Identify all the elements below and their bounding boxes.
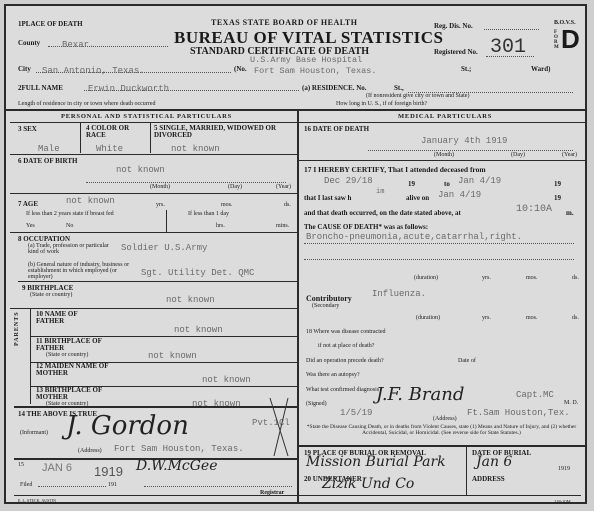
m-label: m. (566, 209, 574, 217)
dob-label: 6 DATE OF BIRTH (18, 157, 77, 165)
attended-from: Dec 29/18 (324, 176, 373, 186)
personal-section-title: PERSONAL AND STATISTICAL PARTICULARS (61, 113, 232, 120)
full-name-field: Erwin Duckworth (84, 78, 299, 91)
city-label: City (18, 65, 31, 73)
day-caption: (Day) (228, 184, 242, 190)
occ-a-label: (a) Trade, profession or particular kind… (28, 243, 118, 255)
filed-stamp-year: 1919 (94, 464, 123, 479)
pronoun: im (376, 188, 384, 196)
printer-imprint: E. L. STECK, AUSTIN (18, 498, 56, 503)
county-label: County (18, 39, 40, 47)
signed-label: (Signed) (306, 401, 327, 407)
occupation-label: 8 OCCUPATION (18, 235, 70, 243)
father-label: 10 NAME OF FATHER (36, 311, 96, 325)
burial-place: Mission Burial Park (306, 454, 446, 470)
father-birthplace-value: not known (148, 351, 197, 361)
form-letter: D (561, 24, 580, 55)
hrs-label: hrs. (216, 223, 225, 229)
md-label: M. D. (564, 400, 578, 406)
footnote: *State the Disease Causing Death, or in … (304, 424, 579, 436)
burial-year: 1919 (558, 466, 570, 472)
duration-label-1: (duration) (414, 275, 438, 281)
attended-to: Jan 4/19 (458, 176, 501, 186)
nineteen-2: 19 (554, 180, 561, 188)
race-value: White (96, 144, 123, 154)
cause-value: Broncho-pneumonia,acute,catarrhal,right. (306, 232, 522, 242)
sex-value: Male (38, 144, 60, 154)
date-of-label: Date of (458, 358, 476, 364)
birthplace-label: 9 BIRTHPLACE (22, 284, 73, 292)
residence-label: (a) RESIDENCE. No. (302, 84, 367, 92)
mother-label: 12 MAIDEN NAME OF MOTHER (36, 363, 116, 377)
duration-mos-2: mos. (526, 315, 538, 321)
death-time: 10:10A (516, 204, 552, 215)
breast-fed-label: If less than 2 years state if breast fed (26, 211, 114, 217)
dod-month-caption: (Month) (434, 152, 454, 158)
nineteen-1: 19 (408, 180, 415, 188)
father-birthplace-label: 11 BIRTHPLACE OF FATHER (36, 338, 106, 352)
age-label: 7 AGE (18, 200, 38, 208)
no-label: (No. (234, 65, 247, 73)
registered-number: 301 (490, 36, 526, 59)
month-caption: (Month) (150, 184, 170, 190)
last-saw-label: that I last saw h (304, 194, 351, 202)
father-bp-note: (State or country) (46, 352, 88, 358)
yes-label: Yes (26, 223, 35, 229)
undertaker-value: Zizik Und Co (322, 476, 414, 492)
alive-on-label: alive on (406, 194, 429, 202)
filed-year: 191 (108, 482, 117, 488)
board-title: TEXAS STATE BOARD OF HEALTH (211, 18, 357, 27)
birthplace-note: (State or country) (30, 292, 72, 298)
mins-label: mins. (276, 223, 289, 229)
certify-label: 17 I HEREBY CERTIFY, That I attended dec… (304, 165, 486, 174)
registered-field: 301 (486, 36, 534, 57)
length-residence-label: Length of residence in city or town wher… (18, 101, 155, 107)
filed-label: Filed (20, 482, 32, 488)
dob-field (86, 176, 286, 183)
duration-yrs-1: yrs. (482, 275, 491, 281)
nonresident-note: (If nonresident give city or town and St… (366, 93, 469, 99)
informant-signature: J. Gordon (66, 411, 189, 441)
undertaker-address-label: ADDRESS (472, 475, 505, 483)
institution-line2: Fort Sam Houston, Texas. (254, 66, 376, 76)
reg-dis-field (484, 20, 539, 30)
institution-line1: U.S.Army Base Hospital (250, 55, 362, 65)
age-yrs: yrs. (156, 202, 165, 208)
informant-label: (Informant) (20, 430, 48, 436)
contracted-label: 18 Where was disease contracted (306, 329, 386, 335)
to-label: to (444, 180, 450, 188)
father-value: not known (174, 325, 223, 335)
physician-address: Ft.Sam Houston,Tex. (467, 408, 570, 418)
occ-a-value: Soldier U.S.Army (121, 243, 207, 253)
race-label: 4 COLOR OR RACE (86, 125, 146, 139)
residence-st-label: St., (394, 84, 404, 92)
autopsy-label: Was there an autopsy? (306, 372, 360, 378)
reg-dis-label: Reg. Dis. No. (434, 22, 473, 30)
bureau-title: BUREAU OF VITAL STATISTICS (174, 28, 444, 48)
not-at-place-label: if not at place of death? (318, 343, 374, 349)
dod-value: January 4th 1919 (421, 136, 507, 146)
full-name-label: 2FULL NAME (18, 84, 63, 92)
duration-label-2: (duration) (416, 315, 440, 321)
duration-yrs-2: yrs. (482, 315, 491, 321)
dod-year-caption: (Year) (562, 152, 577, 158)
contributory-value: Influenza. (372, 289, 426, 299)
informant-address-label: (Address) (78, 448, 102, 454)
occ-b-label: (b) General nature of industry, business… (28, 262, 138, 280)
form-label: FORM (554, 30, 559, 50)
foreign-birth-label: How long in U. S., if of foreign birth? (336, 101, 427, 107)
residence-field (408, 84, 573, 93)
registrar-signature: D.W.McGee (136, 458, 218, 474)
age-ds: ds. (284, 202, 291, 208)
death-certificate: 1PLACE OF DEATH TEXAS STATE BOARD OF HEA… (4, 4, 587, 504)
parents-label: PARENTS (14, 311, 20, 346)
contributory-label: Contributory (306, 294, 352, 303)
burial-date: Jan 6 (476, 454, 512, 470)
test-label: What test confirmed diagnosis? (306, 387, 382, 393)
dob-value: not known (116, 165, 165, 175)
registered-label: Registered No. (434, 48, 478, 56)
cross-mark-icon (268, 398, 290, 458)
no-label: No (66, 223, 73, 229)
secondary-label: (Secondary (312, 303, 339, 309)
nineteen-3: 19 (554, 194, 561, 202)
sex-label: 3 SEX (18, 125, 37, 133)
st-label: St.; (461, 65, 471, 73)
physician-rank: Capt.MC (516, 390, 554, 400)
year-caption: (Year) (276, 184, 291, 190)
operation-label: Did an operation precede death? (306, 358, 384, 364)
duration-mos-1: mos. (526, 275, 538, 281)
cause-label: The CAUSE OF DEATH* was as follows: (304, 223, 428, 231)
mother-value: not known (202, 375, 251, 385)
marital-label: 5 SINGLE, MARRIED, WIDOWED OR DIVORCED (154, 125, 294, 139)
filed-number: 15 (18, 462, 24, 468)
informant-address: Fort Sam Houston, Texas. (114, 444, 244, 454)
age-value: not known (66, 196, 115, 206)
less-day-label: If less than 1 day (188, 211, 229, 217)
signed-date: 1/5/19 (340, 408, 372, 418)
occ-b-value: Sgt. Utility Det. QMC (141, 268, 254, 278)
physician-address-label: (Address) (433, 416, 457, 422)
physician-signature: J.F. Brand (376, 384, 464, 405)
birthplace-value: not known (166, 295, 215, 305)
filed-stamp-date: JAN 6 (42, 462, 72, 474)
ward-label: Ward) (531, 65, 550, 73)
age-mos: mos. (221, 202, 233, 208)
last-saw-date: Jan 4/19 (438, 190, 481, 200)
county-field: Bexar. (48, 34, 168, 47)
form-code: 118-10M (554, 499, 571, 504)
death-time-label: and that death occurred, on the date sta… (304, 209, 461, 217)
marital-value: not known (171, 144, 220, 154)
place-of-death-label: 1PLACE OF DEATH (18, 20, 83, 28)
mother-birthplace-label: 13 BIRTHPLACE OF MOTHER (36, 387, 116, 401)
city-field: San Antonio, Texas. (36, 60, 231, 73)
dod-label: 16 DATE OF DEATH (304, 125, 369, 133)
duration-ds-1: ds. (572, 275, 579, 281)
medical-section-title: MEDICAL PARTICULARS (398, 113, 492, 120)
dod-day-caption: (Day) (511, 152, 525, 158)
duration-ds-2: ds. (572, 315, 579, 321)
